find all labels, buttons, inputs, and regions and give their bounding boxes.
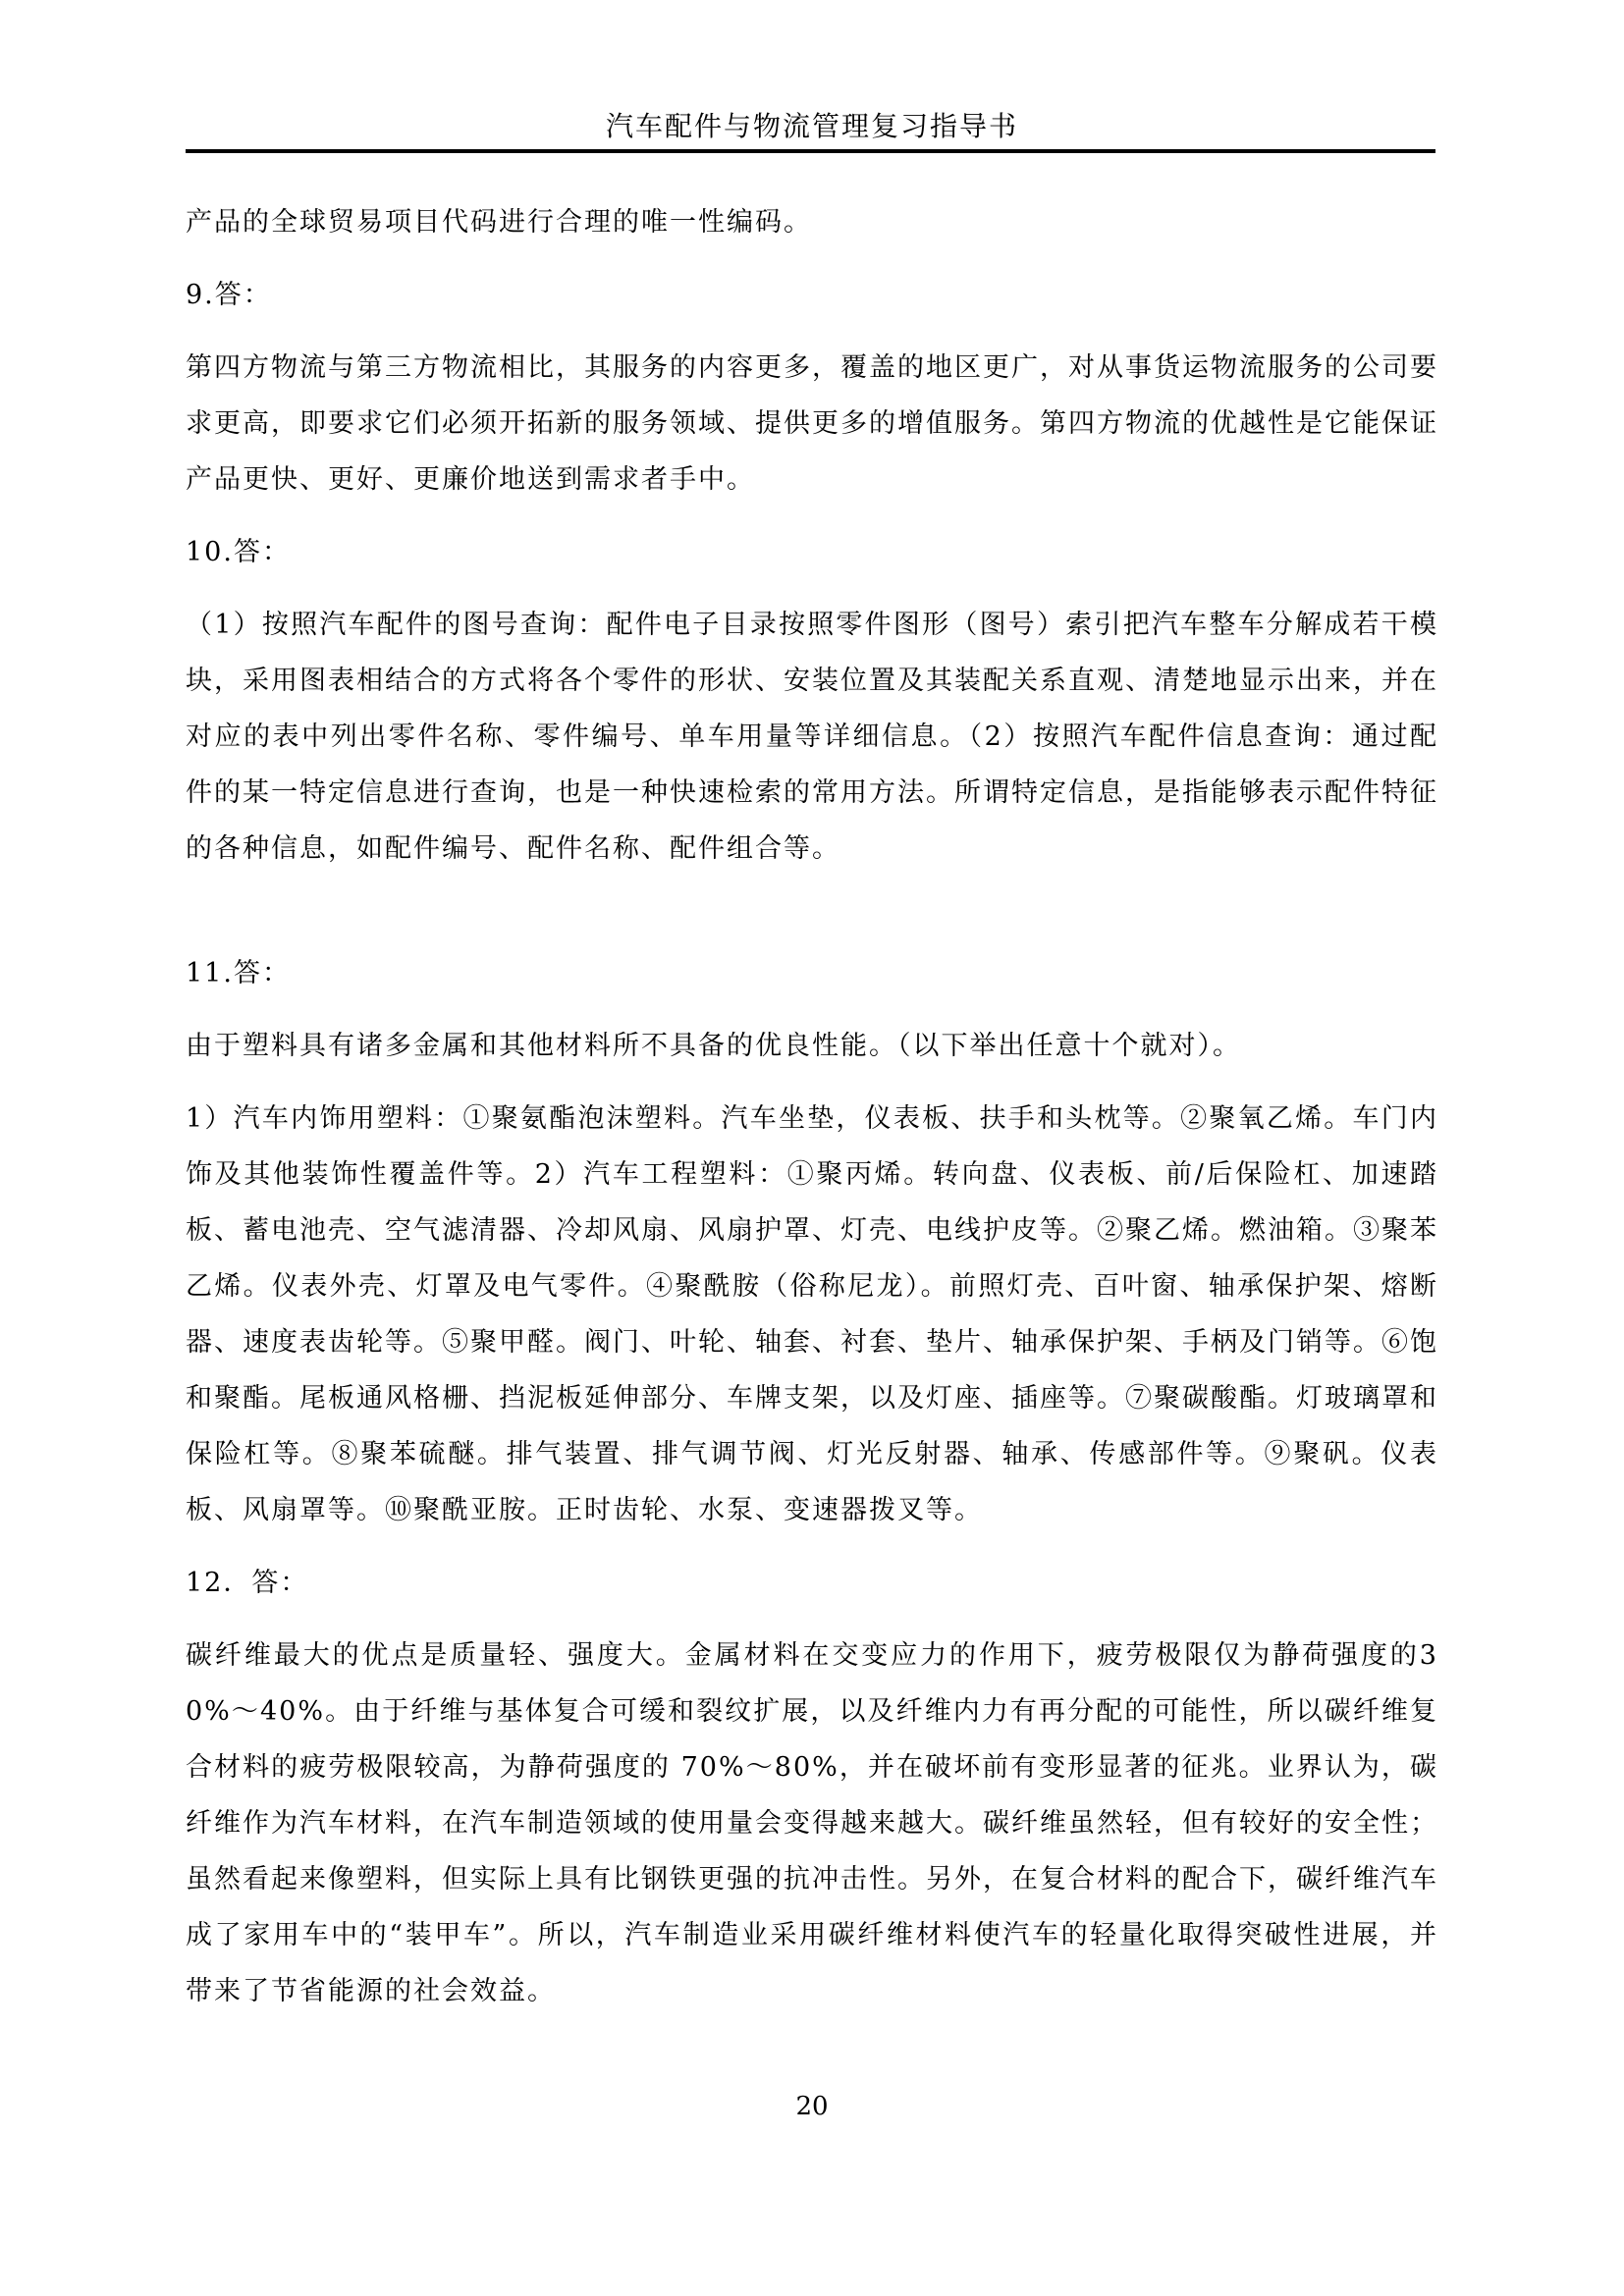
answer-12-heading: 12．答：: [186, 1555, 1438, 1611]
header-rule-divider: [186, 149, 1435, 153]
answer-11-body: 1）汽车内饰用塑料：①聚氨酯泡沫塑料。汽车坐垫，仪表板、扶手和头枕等。②聚氧乙烯…: [186, 1091, 1438, 1538]
answer-12-body: 碳纤维最大的优点是质量轻、强度大。金属材料在交变应力的作用下，疲劳极限仅为静荷强…: [186, 1628, 1438, 2019]
page-number: 20: [795, 2092, 828, 2121]
page-body: 产品的全球贸易项目代码进行合理的唯一性编码。 9.答： 第四方物流与第三方物流相…: [186, 194, 1438, 2019]
page-header: 汽车配件与物流管理复习指导书: [0, 0, 1624, 153]
document-title: 汽车配件与物流管理复习指导书: [0, 110, 1624, 143]
answer-11-heading: 11.答：: [186, 945, 1438, 1001]
answer-10-heading: 10.答：: [186, 524, 1438, 580]
answer-9-body: 第四方物流与第三方物流相比，其服务的内容更多，覆盖的地区更广，对从事货运物流服务…: [186, 340, 1438, 507]
answer-10-body: （1）按照汽车配件的图号查询：配件电子目录按照零件图形（图号）索引把汽车整车分解…: [186, 597, 1438, 877]
answer-9-heading: 9.答：: [186, 267, 1438, 323]
paragraph-gtin-continuation: 产品的全球贸易项目代码进行合理的唯一性编码。: [186, 194, 1438, 250]
page-footer: 20: [0, 2091, 1624, 2122]
document-page: 汽车配件与物流管理复习指导书 产品的全球贸易项目代码进行合理的唯一性编码。 9.…: [0, 0, 1624, 2296]
answer-11-intro: 由于塑料具有诸多金属和其他材料所不具备的优良性能。（以下举出任意十个就对）。: [186, 1018, 1438, 1074]
